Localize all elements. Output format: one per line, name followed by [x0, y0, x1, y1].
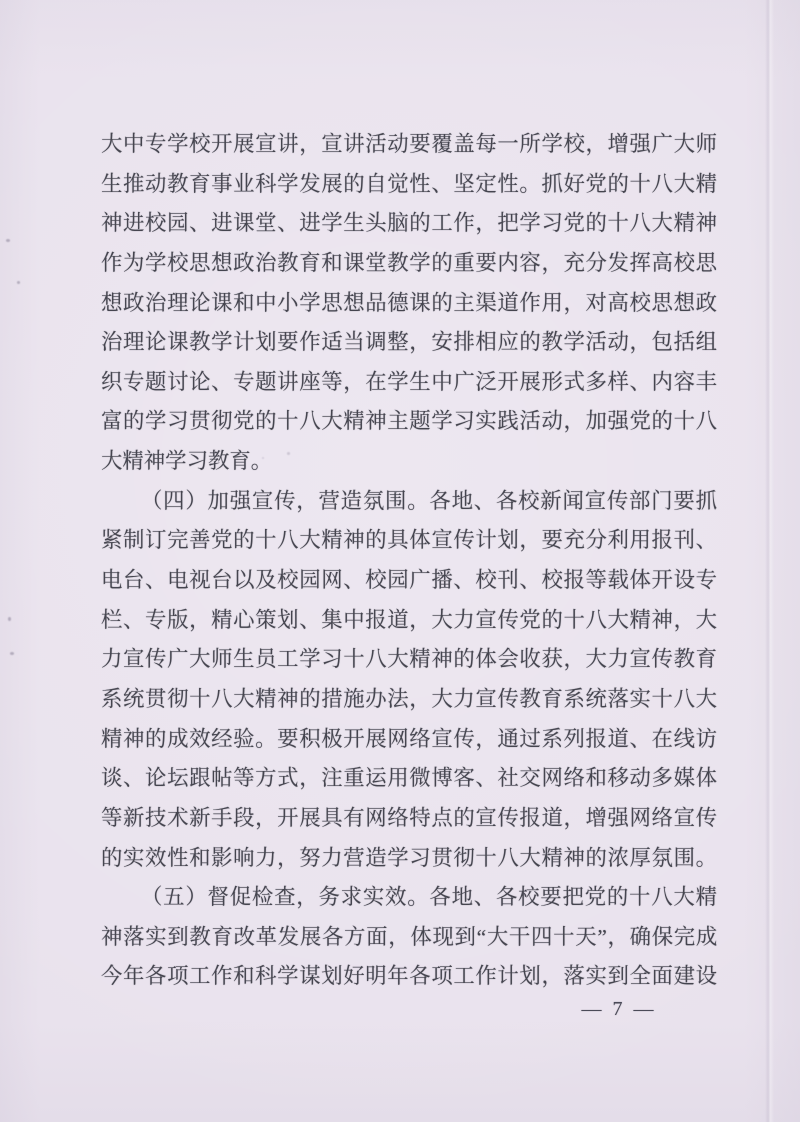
document-body: 大中专学校开展宣讲，宣讲活动要覆盖每一所学校，增强广大师 生推动教育事业科学发展…	[101, 125, 717, 997]
scan-speck	[8, 617, 11, 621]
text-line: 谈、论坛跟帖等方式，注重运用微博客、社交网络和移动多媒体	[101, 759, 717, 799]
text-line: 电台、电视台以及校园网、校园广播、校刊、校报等载体开设专	[101, 561, 717, 601]
text-line: 作为学校思想政治教育和课堂教学的重要内容，充分发挥高校思	[101, 244, 717, 284]
paragraph-section-4: （四）加强宣传，营造氛围。各地、各校新闻宣传部门要抓 紧制订完善党的十八大精神的…	[101, 482, 717, 878]
text-line: （五）督促检查，务求实效。各地、各校要把党的十八大精	[101, 878, 717, 918]
scan-speck	[17, 281, 20, 284]
text-line: 织专题讨论、专题讲座等，在学生中广泛开展形式多样、内容丰	[101, 363, 717, 403]
text-line: 想政治理论课和中小学思想品德课的主渠道作用，对高校思想政	[101, 284, 717, 324]
text-line: 今年各项工作和科学谋划好明年各项工作计划，落实到全面建设	[101, 957, 717, 997]
paper-crease-line	[765, 0, 774, 1122]
scan-speck	[6, 239, 10, 242]
text-line: 富的学习贯彻党的十八大精神主题学习实践活动，加强党的十八	[101, 402, 717, 442]
text-line: 的实效性和影响力，努力营造学习贯彻十八大精神的浓厚氛围。	[101, 839, 717, 879]
text-line: 等新技术新手段，开展具有网络特点的宣传报道，增强网络宣传	[101, 799, 717, 839]
paragraph-section-5: （五）督促检查，务求实效。各地、各校要把党的十八大精 神落实到教育改革发展各方面…	[101, 878, 717, 997]
text-line: 力宣传广大师生员工学习十八大精神的体会收获，大力宣传教育	[101, 640, 717, 680]
text-line: 生推动教育事业科学发展的自觉性、坚定性。抓好党的十八大精	[101, 165, 717, 205]
text-line: 治理论课教学计划要作适当调整，安排相应的教学活动，包括组	[101, 323, 717, 363]
scan-speck	[10, 652, 14, 655]
text-line: 大中专学校开展宣讲，宣讲活动要覆盖每一所学校，增强广大师	[101, 125, 717, 165]
paragraph-continuation: 大中专学校开展宣讲，宣讲活动要覆盖每一所学校，增强广大师 生推动教育事业科学发展…	[101, 125, 717, 482]
text-line: 系统贯彻十八大精神的措施办法，大力宣传教育系统落实十八大	[101, 680, 717, 720]
text-line: （四）加强宣传，营造氛围。各地、各校新闻宣传部门要抓	[101, 482, 717, 522]
text-line: 神进校园、进课堂、进学生头脑的工作，把学习党的十八大精神	[101, 204, 717, 244]
text-line: 大精神学习教育。	[101, 442, 717, 482]
scanned-document-page: 大中专学校开展宣讲，宣讲活动要覆盖每一所学校，增强广大师 生推动教育事业科学发展…	[0, 0, 800, 1122]
page-number: — 7 —	[567, 995, 671, 1023]
text-line: 精神的成效经验。要积极开展网络宣传，通过系列报道、在线访	[101, 720, 717, 760]
text-line: 神落实到教育改革发展各方面，体现到“大干四十天”，确保完成	[101, 918, 717, 958]
text-line: 栏、专版，精心策划、集中报道，大力宣传党的十八大精神，大	[101, 601, 717, 641]
text-line: 紧制订完善党的十八大精神的具体宣传计划，要充分利用报刊、	[101, 521, 717, 561]
